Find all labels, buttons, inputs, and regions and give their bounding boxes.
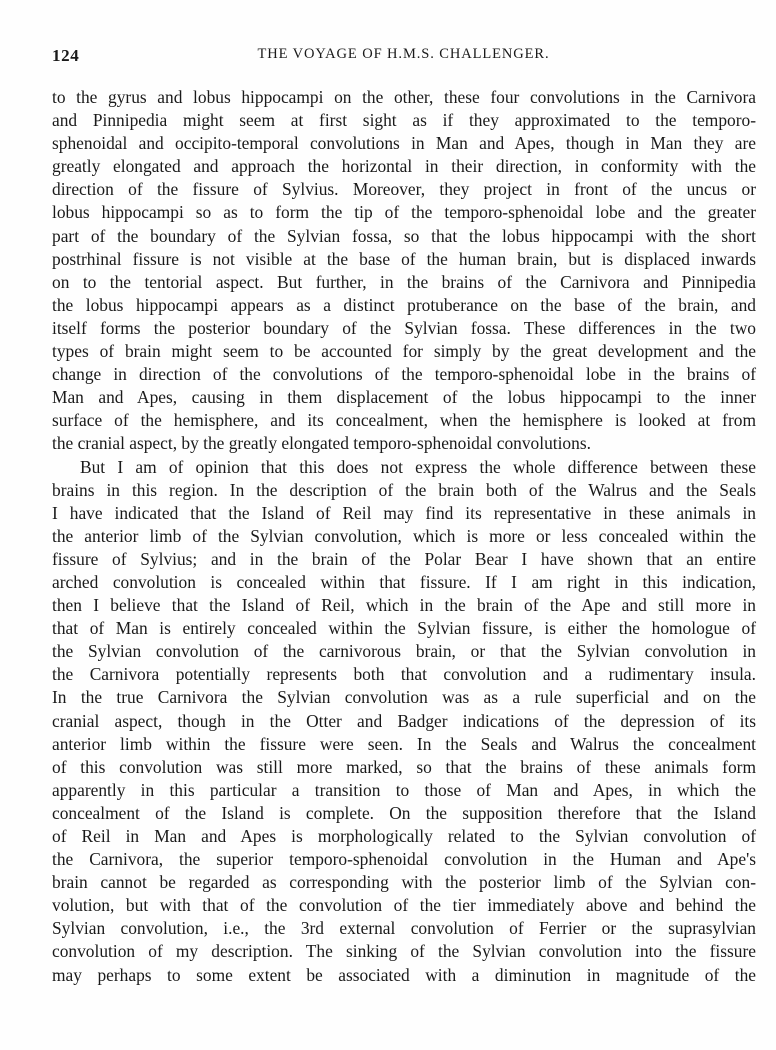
text-line: part of the boundary of the Sylvian foss… xyxy=(52,225,756,248)
body-text: to the gyrus and lobus hippocampi on the… xyxy=(52,86,756,987)
text-line: convolution of my description. The sinki… xyxy=(52,940,756,963)
text-line: on to the tentorial aspect. But further,… xyxy=(52,271,756,294)
text-line: of Reil in Man and Apes is morphological… xyxy=(52,825,756,848)
text-line: that of Man is entirely concealed within… xyxy=(52,617,756,640)
running-title: THE VOYAGE OF H.M.S. CHALLENGER. xyxy=(52,46,755,63)
text-line: the lobus hippocampi appears as a distin… xyxy=(52,294,756,317)
text-line: to the gyrus and lobus hippocampi on the… xyxy=(52,86,756,109)
text-line: the Carnivora potentially represents bot… xyxy=(52,663,756,686)
text-line: apparently in this particular a transiti… xyxy=(52,779,756,802)
text-line: the cranial aspect, by the greatly elong… xyxy=(52,432,756,455)
text-line: the anterior limb of the Sylvian convolu… xyxy=(52,525,756,548)
text-line: then I believe that the Island of Reil, … xyxy=(52,594,756,617)
text-line: postrhinal fissure is not visible at the… xyxy=(52,248,756,271)
text-line: arched convolution is concealed within t… xyxy=(52,571,756,594)
text-line: surface of the hemisphere, and its conce… xyxy=(52,409,756,432)
running-header: 124 THE VOYAGE OF H.M.S. CHALLENGER. xyxy=(52,46,755,68)
text-line: may perhaps to some extent be associated… xyxy=(52,964,756,987)
text-line: anterior limb within the fissure were se… xyxy=(52,733,756,756)
text-line: itself forms the posterior boundary of t… xyxy=(52,317,756,340)
text-line: and Pinnipedia might seem at first sight… xyxy=(52,109,756,132)
document-page: 124 THE VOYAGE OF H.M.S. CHALLENGER. to … xyxy=(0,0,776,1050)
text-line: sphenoidal and occipito-temporal convolu… xyxy=(52,132,756,155)
text-line: greatly elongated and approach the horiz… xyxy=(52,155,756,178)
paragraph-1: to the gyrus and lobus hippocampi on the… xyxy=(52,86,756,456)
text-line: cranial aspect, though in the Otter and … xyxy=(52,710,756,733)
text-line: of this convolution was still more marke… xyxy=(52,756,756,779)
text-line: concealment of the Island is complete. O… xyxy=(52,802,756,825)
text-line: change in direction of the convolutions … xyxy=(52,363,756,386)
text-line: lobus hippocampi so as to form the tip o… xyxy=(52,201,756,224)
text-line: But I am of opinion that this does not e… xyxy=(52,456,756,479)
text-line: the Sylvian convolution of the carnivoro… xyxy=(52,640,756,663)
text-line: Man and Apes, causing in them displaceme… xyxy=(52,386,756,409)
text-line: I have indicated that the Island of Reil… xyxy=(52,502,756,525)
text-line: fissure of Sylvius; and in the brain of … xyxy=(52,548,756,571)
paragraph-2: But I am of opinion that this does not e… xyxy=(52,456,756,987)
text-line: In the true Carnivora the Sylvian convol… xyxy=(52,686,756,709)
text-line: types of brain might seem to be accounte… xyxy=(52,340,756,363)
text-line: brains in this region. In the descriptio… xyxy=(52,479,756,502)
text-line: direction of the fissure of Sylvius. Mor… xyxy=(52,178,756,201)
text-line: Sylvian convolution, i.e., the 3rd exter… xyxy=(52,917,756,940)
text-line: brain cannot be regarded as correspondin… xyxy=(52,871,756,894)
text-line: volution, but with that of the convoluti… xyxy=(52,894,756,917)
text-line: the Carnivora, the superior temporo-sphe… xyxy=(52,848,756,871)
